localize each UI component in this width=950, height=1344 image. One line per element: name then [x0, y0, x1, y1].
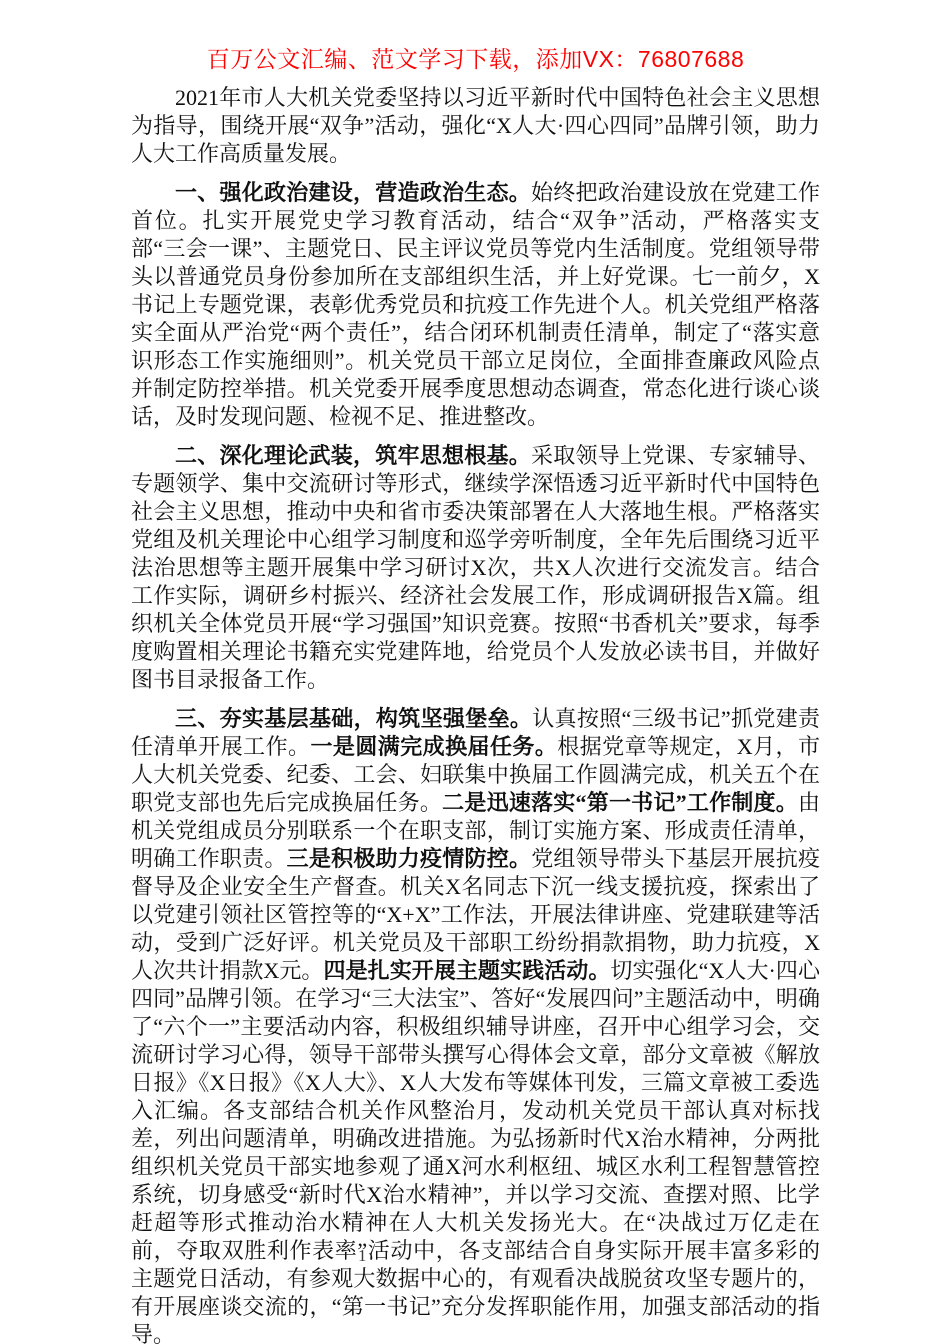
text-run: 2021年市人大机关党委坚持以习近平新时代中国特色社会主义思想为指导，围绕开展“… — [131, 85, 820, 166]
text-run: 始终把政治建设放在党建工作首位。扎实开展党史学习教育活动，结合“双争”活动，严格… — [131, 180, 820, 429]
page-number: 1 — [358, 1246, 367, 1266]
bold-text-run: 二、深化理论武装，筑牢思想根基。 — [175, 443, 531, 468]
text-run: 采取领导上党课、专家辅导、专题领学、集中交流研讨等形式，继续学深悟透习近平新时代… — [131, 443, 820, 692]
document-body: 2021年市人大机关党委坚持以习近平新时代中国特色社会主义思想为指导，围绕开展“… — [131, 84, 820, 1344]
bold-text-run: 二是迅速落实“第一书记”工作制度。 — [442, 790, 798, 815]
paragraph: 一、强化政治建设，营造政治生态。始终把政治建设放在党建工作首位。扎实开展党史学习… — [131, 179, 820, 431]
paragraph: 2021年市人大机关党委坚持以习近平新时代中国特色社会主义思想为指导，围绕开展“… — [131, 84, 820, 168]
paragraph: 二、深化理论武装，筑牢思想根基。采取领导上党课、专家辅导、专题领学、集中交流研讨… — [131, 442, 820, 694]
bold-text-run: 一、强化政治建设，营造政治生态。 — [175, 180, 531, 205]
bold-text-run: 一是圆满完成换届任务。 — [311, 734, 558, 759]
bold-text-run: 四是扎实开展主题实践活动。 — [324, 958, 611, 983]
bold-text-run: 三是积极助力疫情防控。 — [287, 846, 532, 871]
document-page: 百万公文汇编、范文学习下载，添加VX：76807688 2021年市人大机关党委… — [0, 0, 950, 1344]
bold-text-run: 三、夯实基层基础，构筑坚强堡垒。 — [175, 706, 532, 731]
text-run: 切实强化“X人大·四心四同”品牌引领。在学习“三大法宝”、答好“发展四问”主题活… — [131, 958, 820, 1344]
paragraph: 三、夯实基层基础，构筑坚强堡垒。认真按照“三级书记”抓党建责任清单开展工作。一是… — [131, 705, 820, 1344]
promo-header-text: 百万公文汇编、范文学习下载，添加VX：76807688 — [131, 44, 820, 74]
